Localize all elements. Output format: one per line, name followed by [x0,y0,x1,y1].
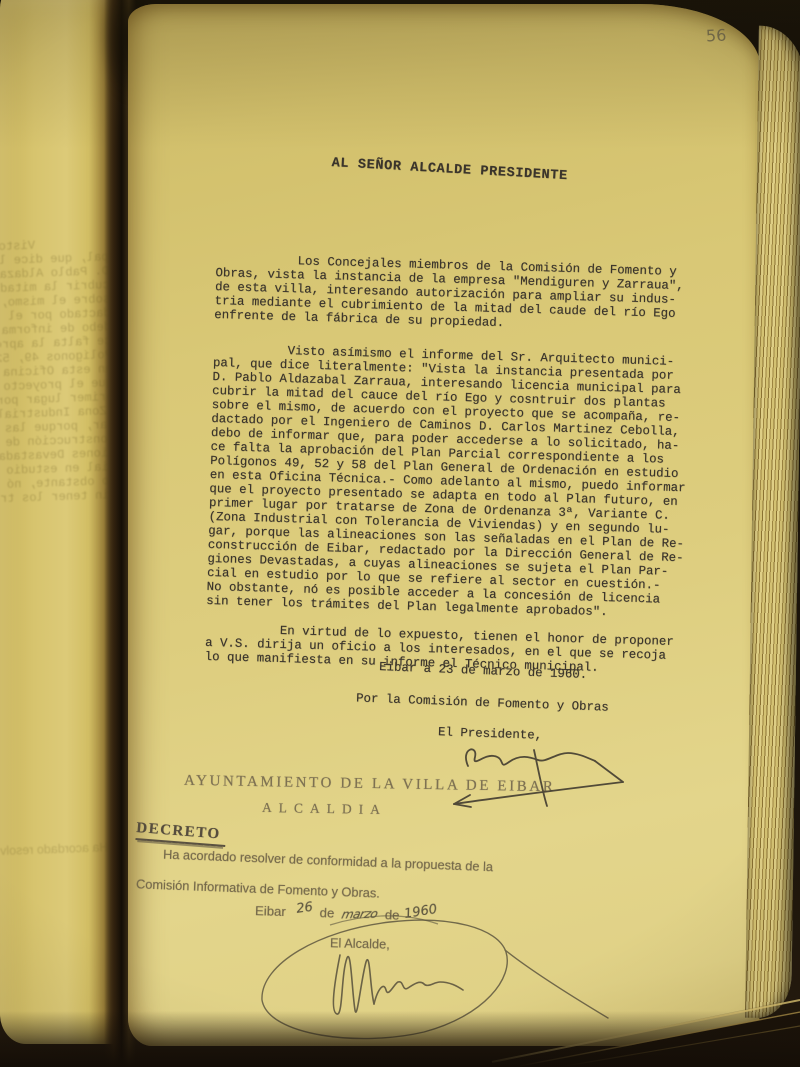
page-number: 56 [706,25,727,45]
alcalde-label: El Alcalde, [330,935,390,952]
bottom-shadow [0,1011,800,1067]
decree-de-1: de [319,905,334,920]
scanned-document-photo: Visto asímismo el informe del Sr. Arquit… [0,0,800,1067]
bleedthrough-stamp-text: Ha acordado resolver de conformidad a la… [0,836,108,956]
bleedthrough-text: Visto asímismo el informe del Sr. Arquit… [0,238,108,638]
alcaldia-stamp: ALCALDIA [262,800,387,818]
paragraph-2: Visto asímismo el informe del Sr. Arquit… [206,342,713,622]
left-book-page: Visto asímismo el informe del Sr. Arquit… [0,0,114,1044]
decree-de-2: de [385,907,400,922]
decree-place: Eibar [255,903,286,919]
document-body: Los Concejales miembros de la Comisión d… [204,252,715,678]
handwritten-month: marzo [340,907,379,922]
paragraph-1: Los Concejales miembros de la Comisión d… [214,252,716,336]
handwritten-day: 26 [296,900,314,917]
